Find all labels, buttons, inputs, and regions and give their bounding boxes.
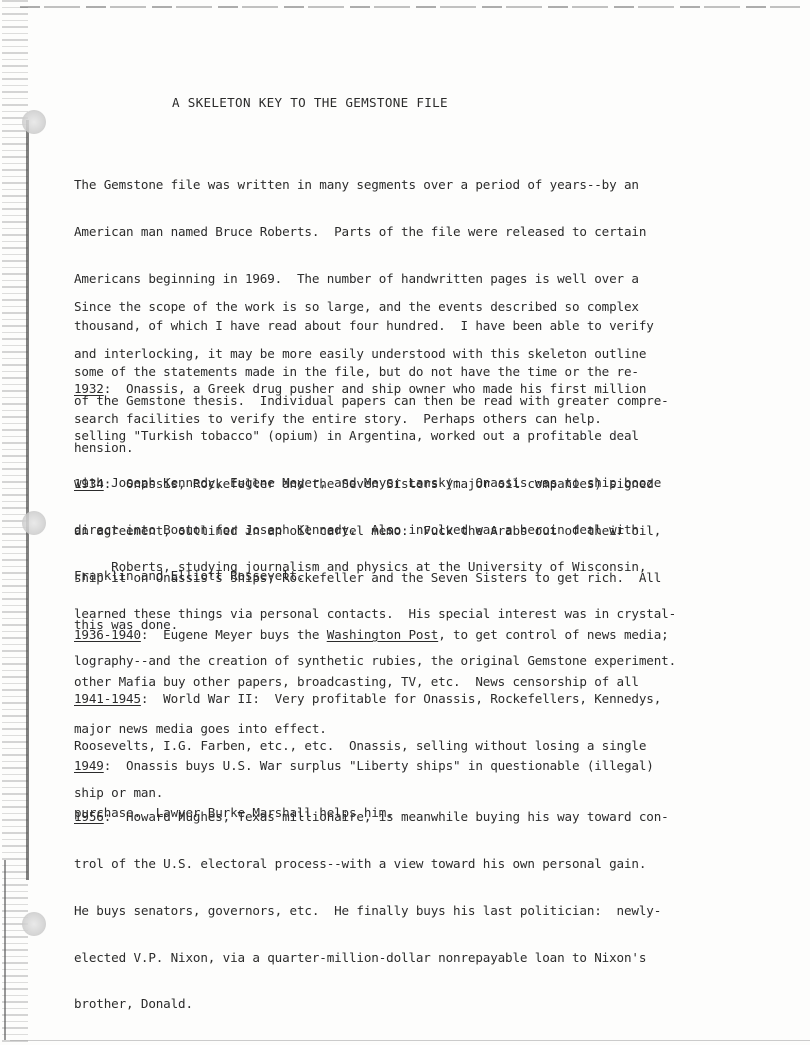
text-line: : Onassis, a Greek drug pusher and ship …: [104, 381, 647, 396]
text-line: Since the scope of the work is so large,…: [74, 299, 669, 315]
entry-date: 1932: [74, 381, 104, 396]
text-line: : World War II: Very profitable for Onas…: [141, 691, 661, 706]
scan-left-edge-line-lower: [4, 860, 6, 1040]
entry-date: 1934: [74, 476, 104, 491]
text-line: He buys senators, governors, etc. He fin…: [74, 903, 669, 919]
text-line: trol of the U.S. electoral process--with…: [74, 856, 669, 872]
text-line: Roberts, studying journalism and physics…: [74, 559, 676, 575]
scan-left-edge-line: [26, 120, 29, 880]
punch-hole-middle: [22, 511, 46, 535]
text-line: : Onassis buys U.S. War surplus "Liberty…: [104, 758, 654, 773]
scan-top-edge: [20, 6, 800, 8]
text-line: brother, Donald.: [74, 996, 669, 1012]
scanned-page: A SKELETON KEY TO THE GEMSTONE FILE The …: [0, 0, 810, 1045]
publication-title: Washington Post: [327, 627, 438, 642]
punch-hole-top: [22, 110, 46, 134]
entry-date: 1936-1940: [74, 627, 141, 642]
text-line: : Onassis, Rockefeller and the Seven Sis…: [104, 476, 654, 491]
entry-1956: 1956: Howard Hughes, Texas millionaire, …: [74, 778, 669, 1043]
text-segment: , to get control of news media;: [438, 627, 668, 642]
text-segment: : Eugene Meyer buys the: [141, 627, 327, 642]
text-line: selling "Turkish tobacco" (opium) in Arg…: [74, 428, 661, 444]
punch-hole-bottom: [22, 912, 46, 936]
document-title: A SKELETON KEY TO THE GEMSTONE FILE: [172, 95, 448, 110]
entry-date: 1956: [74, 809, 104, 824]
entry-date: 1941-1945: [74, 691, 141, 706]
text-line: elected V.P. Nixon, via a quarter-millio…: [74, 950, 669, 966]
entry-date: 1949: [74, 758, 104, 773]
text-line: The Gemstone file was written in many se…: [74, 177, 654, 193]
text-line: : Howard Hughes, Texas millionaire, is m…: [104, 809, 669, 824]
text-line: American man named Bruce Roberts. Parts …: [74, 224, 654, 240]
